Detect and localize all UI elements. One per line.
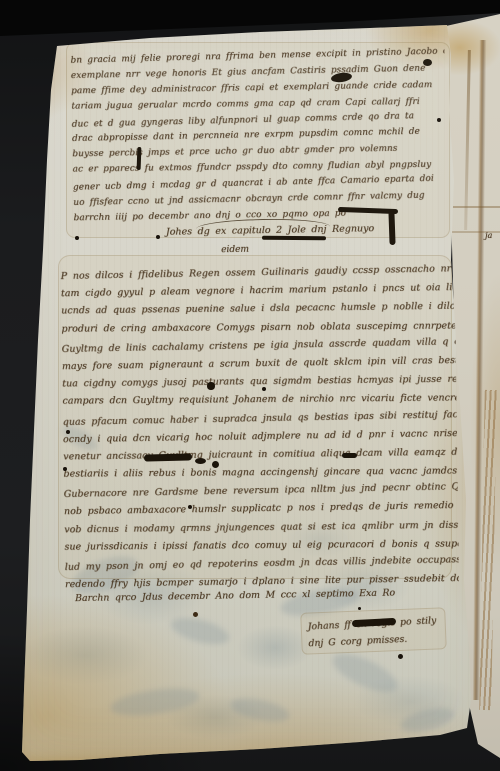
photo-lighting-overlay (0, 0, 500, 771)
manuscript-photo: ja bn gracia mij felie proregi nra ffrim… (0, 0, 500, 771)
folio-horizontal-crease (452, 231, 500, 233)
manuscript-page: bn gracia mij felie proregi nra ffrima b… (0, 0, 500, 771)
folio-horizontal-crease (448, 206, 500, 208)
margin-mark: ja (485, 231, 492, 240)
